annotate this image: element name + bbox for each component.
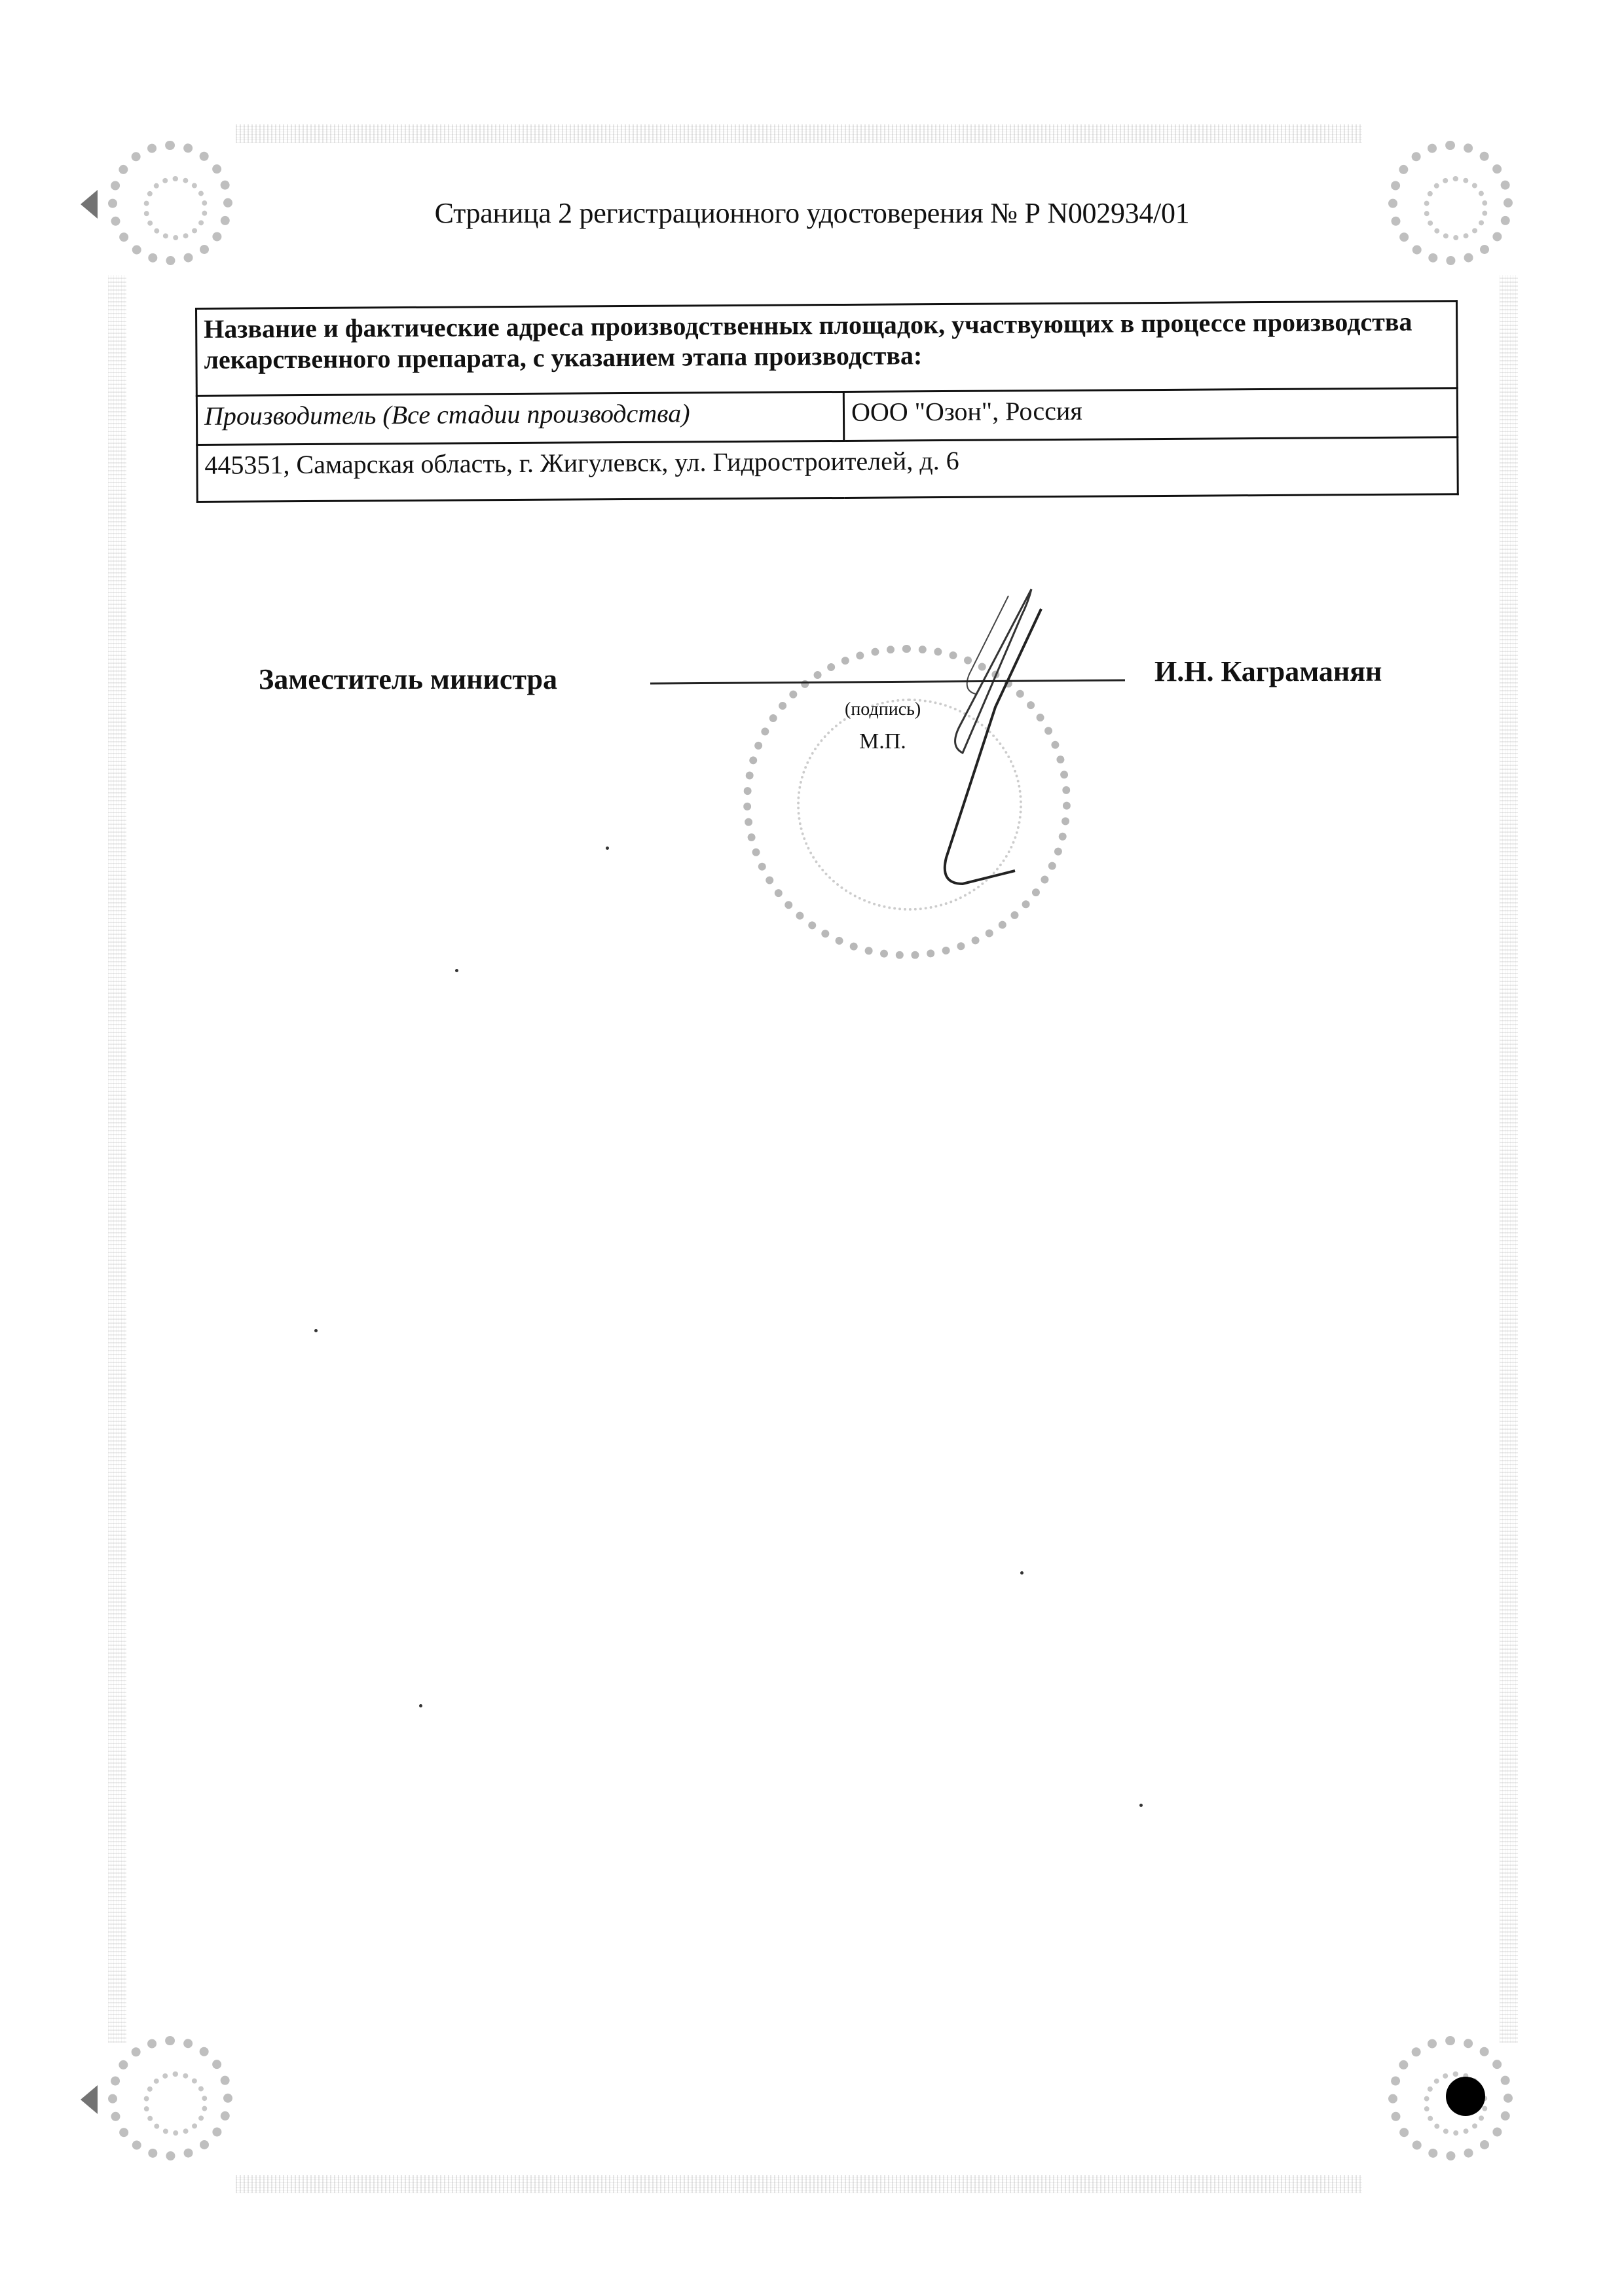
page-header: Страница 2 регистрационного удостоверени… bbox=[0, 196, 1624, 230]
signer-position: Заместитель министра bbox=[259, 663, 557, 696]
manufacturer-cell: ООО "Озон", Россия bbox=[843, 388, 1457, 441]
top-border-band bbox=[236, 124, 1362, 143]
bottom-border-band bbox=[236, 2175, 1362, 2193]
production-stage-cell: Производитель (Все стадии производства) bbox=[196, 392, 843, 445]
table-row: 445351, Самарская область, г. Жигулевск,… bbox=[197, 437, 1458, 502]
scan-speck bbox=[419, 1704, 422, 1707]
handwritten-signature-icon bbox=[884, 576, 1054, 917]
scan-speck bbox=[1020, 1571, 1024, 1575]
scan-speck bbox=[1139, 1804, 1143, 1807]
address-cell: 445351, Самарская область, г. Жигулевск,… bbox=[197, 437, 1458, 502]
left-border-band bbox=[108, 275, 126, 2043]
punch-mark-dot bbox=[1446, 2077, 1485, 2116]
table-header-cell: Название и фактические адреса производст… bbox=[196, 301, 1458, 396]
seal-place-label: М.П. bbox=[859, 729, 906, 754]
scan-speck bbox=[455, 969, 458, 972]
scan-speck bbox=[314, 1329, 318, 1332]
corner-rosette-icon bbox=[108, 2036, 232, 2160]
scan-speck bbox=[606, 847, 609, 850]
right-border-band bbox=[1500, 275, 1518, 2043]
corner-arrow-icon bbox=[81, 2085, 98, 2114]
signer-name: И.Н. Каграманян bbox=[1154, 655, 1382, 688]
production-sites-table: Название и фактические адреса производст… bbox=[195, 300, 1459, 503]
signature-caption: (подпись) bbox=[845, 699, 921, 720]
table-row: Производитель (Все стадии производства) … bbox=[196, 388, 1457, 445]
